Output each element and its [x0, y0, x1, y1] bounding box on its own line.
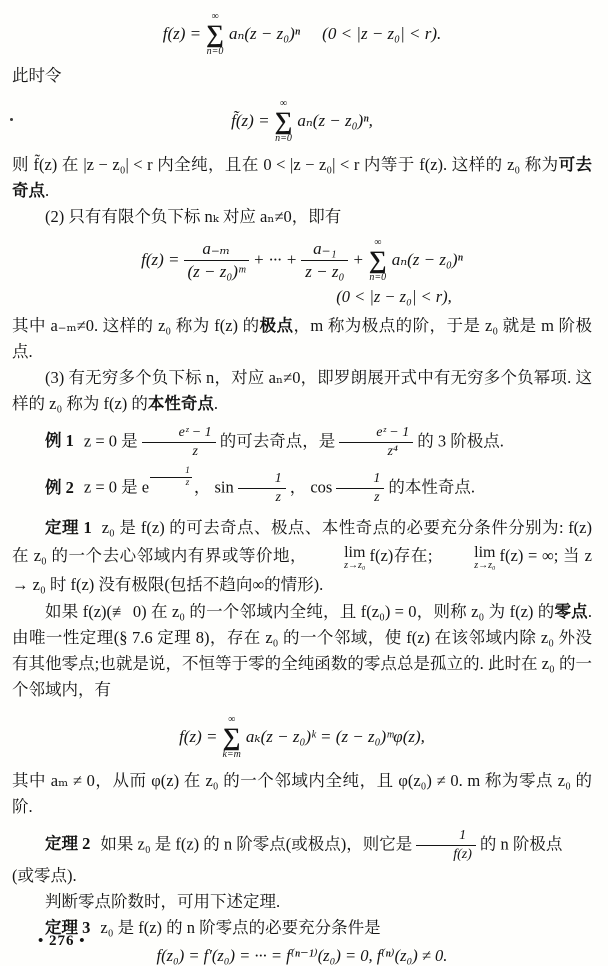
term-essential-singularity: 本性奇点	[148, 394, 214, 413]
text-segment: 的可去奇点，是	[220, 431, 336, 450]
fraction: 1z	[238, 471, 286, 506]
fraction-numerator: 1	[416, 828, 476, 846]
formula-derivative-criterion: f(z₀) = f′(z₀) = ··· = f⁽ⁿ⁻¹⁾(z₀) = 0, f…	[12, 943, 592, 966]
paragraph-theorem1: 定理 1z₀ 是 f(z) 的可去奇点、极点、本性奇点的必要充分条件分别为: f…	[12, 514, 592, 598]
limit-operator: limz→z₀	[311, 545, 365, 571]
sum-symbol: ∞ ∑ n=0	[369, 238, 387, 283]
paragraph-theorem3: 定理 3z₀ 是 f(z) 的 n 阶零点的必要充分条件是	[12, 915, 592, 941]
lim-symbol: lim	[441, 545, 495, 561]
paragraph-removable-singularity: 则 f̃(z) 在 |z − z₀| < r 内全纯，且在 0 < |z − z…	[12, 152, 592, 204]
fraction-numerator: 1	[150, 466, 192, 477]
fraction-numerator: eᶻ − 1	[339, 425, 413, 443]
theorem1-label: 定理 1	[45, 518, 92, 537]
formula-line: f(z) = a₋ₘ (z − z₀)ᵐ + ··· + a₋₁ z − z₀ …	[12, 238, 592, 283]
sum-lower-limit: n=0	[275, 134, 292, 144]
text-segment: .	[45, 181, 49, 200]
page-number: • 276 •	[38, 933, 86, 950]
paragraph-case3: (3) 有无穷多个负下标 n，对应 aₙ≠0，即罗朗展开式中有无穷多个负幂项. …	[12, 365, 592, 417]
formula-lhs: f(z) =	[179, 727, 217, 747]
fraction: a₋₁ z − z₀	[301, 239, 348, 281]
fraction: eᶻ − 1z⁴	[339, 425, 413, 460]
text-segment: z₀ 是 f(z) 的 n 阶零点的必要充分条件是	[100, 918, 380, 937]
fraction-numerator: a₋ₘ	[184, 239, 250, 261]
paragraph-pole-definition: 其中 a₋ₘ≠0. 这样的 z₀ 称为 f(z) 的极点，m 称为极点的阶，于是…	[12, 313, 592, 365]
fraction-denominator: f(z)	[416, 846, 476, 863]
fraction: 1z	[336, 471, 384, 506]
fraction-denominator: z − z₀	[301, 261, 348, 282]
sigma-icon: ∑	[206, 22, 224, 47]
sigma-icon: ∑	[275, 109, 293, 134]
fraction-numerator: 1	[336, 471, 384, 489]
fraction-numerator: a₋₁	[301, 239, 348, 261]
text-segment: 的本性奇点.	[388, 478, 475, 497]
paragraph-let-intro: 此时令	[12, 63, 592, 89]
paragraph-case2: (2) 只有有限个负下标 nₖ 对应 aₙ≠0，即有	[12, 204, 592, 230]
fraction: 1f(z)	[416, 828, 476, 863]
operator: +	[352, 250, 363, 270]
formula-lhs: f(z) =	[163, 24, 201, 44]
lim-subscript: z→z₀	[311, 561, 365, 571]
fraction-numerator: 1	[238, 471, 286, 489]
formula-lhs: f(z) =	[141, 250, 179, 270]
lim-symbol: lim	[311, 545, 365, 561]
text-segment: ， cos	[290, 478, 333, 497]
text-segment: 的 3 阶极点.	[417, 431, 504, 450]
paragraph-example1: 例 1z = 0 是eᶻ − 1z的可去奇点，是eᶻ − 1z⁴的 3 阶极点.	[12, 425, 592, 460]
scan-speck	[10, 118, 13, 121]
fraction: eᶻ − 1z	[142, 425, 216, 460]
text-segment: 其中 a₋ₘ≠0. 这样的 z₀ 称为 f(z) 的	[12, 316, 260, 335]
fraction-denominator: z	[150, 478, 192, 488]
sum-lower-limit: n=0	[369, 273, 386, 283]
text-segment: 则 f̃(z) 在 |z − z₀| < r 内全纯，且在 0 < |z − z…	[12, 155, 559, 174]
formula-principal-part: f(z) = a₋ₘ (z − z₀)ᵐ + ··· + a₋₁ z − z₀ …	[12, 238, 592, 309]
fraction-denominator: z	[336, 489, 384, 506]
term-zero: 零点	[554, 602, 587, 621]
text-segment: 如果 f(z)(≢ 0) 在 z₀ 的一个邻域内全纯，且 f(z₀) = 0，则…	[45, 602, 554, 621]
sigma-icon: ∑	[223, 725, 241, 750]
formula-term: aₙ(z − z₀)ⁿ	[392, 250, 463, 270]
formula-term: aₙ(z − z₀)ⁿ	[229, 24, 300, 44]
paragraph-zero-definition: 如果 f(z)(≢ 0) 在 z₀ 的一个邻域内全纯，且 f(z₀) = 0，则…	[12, 599, 592, 705]
text-segment: ， sin	[194, 478, 234, 497]
sum-lower-limit: k=m	[222, 750, 240, 760]
text-segment: z = 0 是 e	[84, 478, 149, 497]
operator: + ··· +	[253, 250, 297, 270]
fraction: a₋ₘ (z − z₀)ᵐ	[184, 239, 250, 281]
textbook-page: f(z) = ∞ ∑ n=0 aₙ(z − z₀)ⁿ (0 < |z − z₀|…	[0, 0, 608, 966]
fraction-denominator: (z − z₀)ᵐ	[184, 261, 250, 282]
paragraph-theorem2-cont: (或零点).	[12, 863, 592, 889]
formula-f-tilde: f̃(z) = ∞ ∑ n=0 aₙ(z − z₀)ⁿ,	[12, 99, 592, 144]
paragraph-example2: 例 2z = 0 是 e1z， sin1z， cos1z的本性奇点.	[12, 466, 592, 506]
text-segment: z = 0 是	[84, 431, 138, 450]
term-pole: 极点	[260, 316, 294, 335]
formula-laurent-series: f(z) = ∞ ∑ n=0 aₙ(z − z₀)ⁿ (0 < |z − z₀|…	[12, 12, 592, 57]
limit-operator: limz→z₀	[441, 545, 495, 571]
text-segment: f(z)存在;	[369, 546, 437, 565]
sum-symbol: ∞ ∑ k=m	[222, 715, 240, 760]
fraction-numerator: eᶻ − 1	[142, 425, 216, 443]
sum-lower-limit: n=0	[207, 47, 224, 57]
text-segment: (3) 有无穷多个负下标 n，对应 aₙ≠0，即罗朗展开式中有无穷多个负幂项. …	[12, 368, 592, 413]
sum-symbol: ∞ ∑ n=0	[206, 12, 224, 57]
formula-condition: (0 < |z − z₀| < r).	[322, 24, 441, 44]
paragraph-theorem2: 定理 2如果 z₀ 是 f(z) 的 n 阶零点(或极点)，则它是1f(z)的 …	[12, 828, 592, 863]
example1-label: 例 1	[45, 431, 74, 450]
lim-subscript: z→z₀	[441, 561, 495, 571]
fraction-denominator: z	[142, 443, 216, 460]
theorem2-label: 定理 2	[45, 834, 90, 853]
formula-term: aₙ(z − z₀)ⁿ,	[297, 111, 372, 131]
text-segment: 的 n 阶极点	[480, 834, 563, 853]
formula-zero-expansion: f(z) = ∞ ∑ k=m aₖ(z − z₀)ᵏ = (z − z₀)ᵐφ(…	[12, 715, 592, 760]
sigma-icon: ∑	[369, 248, 387, 273]
text-segment: .	[214, 394, 218, 413]
formula-term: aₖ(z − z₀)ᵏ = (z − z₀)ᵐφ(z),	[246, 727, 425, 747]
superscript-fraction: 1z	[150, 466, 192, 488]
formula-lhs: f̃(z) =	[231, 111, 269, 131]
text-segment: 如果 z₀ 是 f(z) 的 n 阶零点(或极点)，则它是	[100, 834, 412, 853]
paragraph-order-definition: 其中 aₘ ≠ 0，从而 φ(z) 在 z₀ 的一个邻域内全纯，且 φ(z₀) …	[12, 768, 592, 820]
fraction-denominator: z	[238, 489, 286, 506]
fraction-denominator: z⁴	[339, 443, 413, 460]
example2-label: 例 2	[45, 478, 74, 497]
formula-condition: (0 < |z − z₀| < r),	[12, 285, 592, 309]
paragraph-judge: 判断零点阶数时，可用下述定理.	[12, 889, 592, 915]
sum-symbol: ∞ ∑ n=0	[275, 99, 293, 144]
